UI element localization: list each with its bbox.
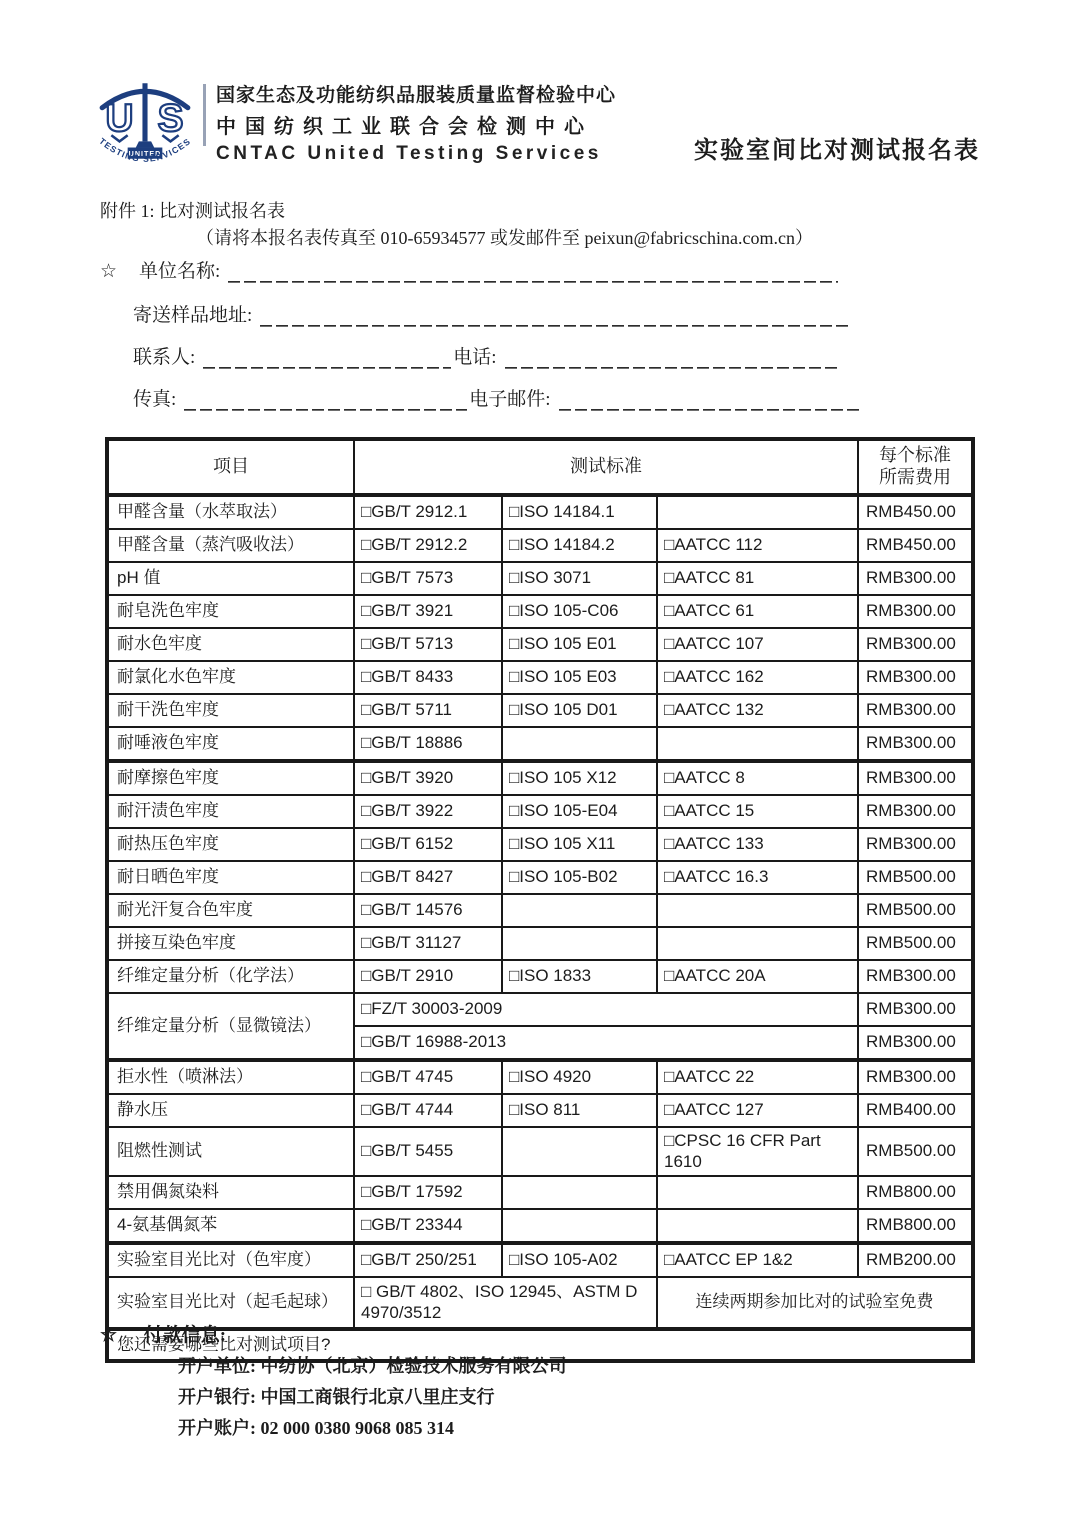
standard-checkbox-cell[interactable] <box>502 727 657 761</box>
phone-label: 电话: <box>453 342 496 369</box>
standard-checkbox-cell[interactable]: □GB/T 17592 <box>354 1176 502 1209</box>
standard-checkbox-cell[interactable] <box>657 894 858 927</box>
standard-checkbox-cell[interactable]: □ISO 105-A02 <box>502 1243 657 1277</box>
standard-checkbox-cell[interactable]: □GB/T 3921 <box>354 595 502 628</box>
table-row: 拒水性（喷淋法）□GB/T 4745□ISO 4920□AATCC 22RMB3… <box>107 1060 973 1094</box>
payment-title-label: 付款信息: <box>144 1325 226 1346</box>
unit-name-row: ☆ 单位名称: <box>100 256 838 283</box>
uts-logo-icon: U S UNITED TESTING SERVICES <box>94 70 196 172</box>
standard-checkbox-cell[interactable] <box>502 894 657 927</box>
item-label: 耐光汗复合色牢度 <box>107 894 354 927</box>
fee-value: RMB300.00 <box>858 960 973 993</box>
item-label: 拼接互染色牢度 <box>107 927 354 960</box>
table-row: 阻燃性测试□GB/T 5455□CPSC 16 CFR Part 1610RMB… <box>107 1127 973 1176</box>
standard-checkbox-cell[interactable]: □ISO 105 X11 <box>502 828 657 861</box>
standard-checkbox-cell[interactable]: □GB/T 3922 <box>354 795 502 828</box>
item-label: 耐热压色牢度 <box>107 828 354 861</box>
fee-value: RMB200.00 <box>858 1243 973 1277</box>
email-input[interactable] <box>559 389 859 411</box>
standard-checkbox-cell[interactable]: □ GB/T 4802、ISO 12945、ASTM D 4970/3512 <box>354 1277 657 1329</box>
standard-checkbox-cell[interactable]: □ISO 4920 <box>502 1060 657 1094</box>
standard-checkbox-cell[interactable] <box>502 927 657 960</box>
standard-checkbox-cell[interactable]: □ISO 105-B02 <box>502 861 657 894</box>
submission-instruction: （请将本报名表传真至 010-65934577 或发邮件至 peixun@fab… <box>196 224 813 250</box>
star-icon: ☆ <box>100 1325 117 1346</box>
fee-value: RMB300.00 <box>858 661 973 694</box>
fee-value: RMB300.00 <box>858 562 973 595</box>
fee-value: RMB300.00 <box>858 761 973 795</box>
standard-checkbox-cell[interactable]: □AATCC EP 1&2 <box>657 1243 858 1277</box>
standard-checkbox-cell[interactable]: □AATCC 20A <box>657 960 858 993</box>
standard-checkbox-cell[interactable]: □GB/T 8427 <box>354 861 502 894</box>
payment-account-holder: 开户单位: 中纺协（北京）检验技术服务有限公司 <box>178 1352 567 1378</box>
table-row: 耐氯化水色牢度□GB/T 8433□ISO 105 E03□AATCC 162R… <box>107 661 973 694</box>
standard-checkbox-cell[interactable]: □ISO 105-E04 <box>502 795 657 828</box>
fee-header-line2: 所需费用 <box>865 467 965 489</box>
payment-bank: 开户银行: 中国工商银行北京八里庄支行 <box>178 1383 495 1409</box>
standard-checkbox-cell[interactable]: □CPSC 16 CFR Part 1610 <box>657 1127 858 1176</box>
standard-checkbox-cell[interactable]: □AATCC 132 <box>657 694 858 727</box>
email-label: 电子邮件: <box>469 384 550 411</box>
standard-checkbox-cell[interactable]: □GB/T 14576 <box>354 894 502 927</box>
standard-checkbox-cell[interactable]: □ISO 3071 <box>502 562 657 595</box>
standard-checkbox-cell[interactable]: □AATCC 15 <box>657 795 858 828</box>
fee-value: RMB500.00 <box>858 1127 973 1176</box>
header-divider <box>203 84 206 146</box>
contact-person-label: 联系人: <box>133 342 195 369</box>
test-items-table: 项目 测试标准 每个标准 所需费用 甲醛含量（水萃取法）□GB/T 2912.1… <box>105 437 975 1363</box>
standard-checkbox-cell[interactable] <box>657 1176 858 1209</box>
fax-email-row: 传真: 电子邮件: <box>133 384 859 411</box>
standard-checkbox-cell[interactable]: □GB/T 4745 <box>354 1060 502 1094</box>
standard-checkbox-cell[interactable]: □AATCC 22 <box>657 1060 858 1094</box>
table-row: 纤维定量分析（化学法）□GB/T 2910□ISO 1833□AATCC 20A… <box>107 960 973 993</box>
org-name-line1: 国家生态及功能纺织品服装质量监督检验中心 <box>216 80 686 107</box>
item-label: 禁用偶氮染料 <box>107 1176 354 1209</box>
standard-checkbox-cell[interactable]: □AATCC 107 <box>657 628 858 661</box>
item-label: 耐汗渍色牢度 <box>107 795 354 828</box>
standard-checkbox-cell[interactable]: □GB/T 250/251 <box>354 1243 502 1277</box>
standard-checkbox-cell[interactable]: □ISO 14184.1 <box>502 495 657 529</box>
unit-name-input[interactable] <box>228 261 838 283</box>
standard-checkbox-cell[interactable]: □GB/T 23344 <box>354 1209 502 1243</box>
logo-letter-s: S <box>158 97 184 140</box>
table-row: 禁用偶氮染料□GB/T 17592RMB800.00 <box>107 1176 973 1209</box>
table-row: 甲醛含量（水萃取法）□GB/T 2912.1□ISO 14184.1RMB450… <box>107 495 973 529</box>
star-icon: ☆ <box>100 260 117 283</box>
item-label: 甲醛含量（蒸汽吸收法） <box>107 529 354 562</box>
fee-value: RMB300.00 <box>858 694 973 727</box>
fee-value: RMB300.00 <box>858 595 973 628</box>
standard-checkbox-cell[interactable] <box>657 495 858 529</box>
item-label: 甲醛含量（水萃取法） <box>107 495 354 529</box>
item-label: 耐摩擦色牢度 <box>107 761 354 795</box>
standard-checkbox-cell[interactable]: □GB/T 2912.2 <box>354 529 502 562</box>
fee-value: RMB300.00 <box>858 993 973 1026</box>
standard-checkbox-cell[interactable]: □AATCC 133 <box>657 828 858 861</box>
table-header-row: 项目 测试标准 每个标准 所需费用 <box>107 439 973 495</box>
standard-checkbox-cell[interactable] <box>502 1127 657 1176</box>
payment-section-title: ☆ 付款信息: <box>100 1320 226 1347</box>
item-label: 耐皂洗色牢度 <box>107 595 354 628</box>
standard-checkbox-cell[interactable] <box>657 927 858 960</box>
standard-checkbox-cell[interactable]: □AATCC 81 <box>657 562 858 595</box>
standard-checkbox-cell[interactable]: □GB/T 2910 <box>354 960 502 993</box>
standard-checkbox-cell[interactable] <box>657 1209 858 1243</box>
table-row: 耐光汗复合色牢度□GB/T 14576RMB500.00 <box>107 894 973 927</box>
sample-address-label: 寄送样品地址: <box>133 300 252 327</box>
item-label: 拒水性（喷淋法） <box>107 1060 354 1094</box>
standard-checkbox-cell[interactable]: □ISO 105 D01 <box>502 694 657 727</box>
table-row: 耐干洗色牢度□GB/T 5711□ISO 105 D01□AATCC 132RM… <box>107 694 973 727</box>
fee-value: RMB300.00 <box>858 828 973 861</box>
unit-name-label: 单位名称: <box>139 256 220 283</box>
table-row: 4-氨基偶氮苯□GB/T 23344RMB800.00 <box>107 1209 973 1243</box>
table-row: 耐摩擦色牢度□GB/T 3920□ISO 105 X12□AATCC 8RMB3… <box>107 761 973 795</box>
standard-checkbox-cell[interactable]: □GB/T 16988-2013 <box>354 1026 858 1060</box>
table-row-fiber-micro-1: 纤维定量分析（显微镜法） □FZ/T 30003-2009 RMB300.00 <box>107 993 973 1026</box>
standard-checkbox-cell[interactable]: □AATCC 127 <box>657 1094 858 1127</box>
item-label: 阻燃性测试 <box>107 1127 354 1176</box>
standard-checkbox-cell[interactable]: □ISO 811 <box>502 1094 657 1127</box>
item-label: 实验室目光比对（色牢度） <box>107 1243 354 1277</box>
item-label: 耐水色牢度 <box>107 628 354 661</box>
fee-value: RMB450.00 <box>858 495 973 529</box>
phone-input[interactable] <box>505 347 840 369</box>
registration-form-page: U S UNITED TESTING SERVICES 国家生态及功能纺织品服装… <box>0 0 1080 1519</box>
attachment-label: 附件 1: 比对测试报名表 <box>100 197 285 223</box>
standard-checkbox-cell[interactable]: □ISO 105-C06 <box>502 595 657 628</box>
org-name-line2: 中国纺织工业联合会检测中心 <box>216 110 686 139</box>
item-label: 纤维定量分析（化学法） <box>107 960 354 993</box>
standard-checkbox-cell[interactable]: □GB/T 5455 <box>354 1127 502 1176</box>
fee-value: RMB500.00 <box>858 861 973 894</box>
fee-value: RMB800.00 <box>858 1176 973 1209</box>
fax-input[interactable] <box>184 389 467 411</box>
column-header-item: 项目 <box>107 439 354 495</box>
item-label: 静水压 <box>107 1094 354 1127</box>
fee-value: RMB800.00 <box>858 1209 973 1243</box>
item-label: pH 值 <box>107 562 354 595</box>
standard-checkbox-cell[interactable]: □ISO 105 E03 <box>502 661 657 694</box>
fee-value: RMB450.00 <box>858 529 973 562</box>
standard-checkbox-cell[interactable] <box>502 1176 657 1209</box>
standard-checkbox-cell[interactable]: □GB/T 7573 <box>354 562 502 595</box>
table-row: 耐唾液色牢度□GB/T 18886RMB300.00 <box>107 727 973 761</box>
table-row: 耐热压色牢度□GB/T 6152□ISO 105 X11□AATCC 133RM… <box>107 828 973 861</box>
fee-value: RMB300.00 <box>858 727 973 761</box>
standard-checkbox-cell[interactable]: □AATCC 112 <box>657 529 858 562</box>
standard-checkbox-cell[interactable]: □GB/T 4744 <box>354 1094 502 1127</box>
fee-header-line1: 每个标准 <box>865 445 965 467</box>
organization-block: 国家生态及功能纺织品服装质量监督检验中心 中国纺织工业联合会检测中心 CNTAC… <box>216 80 686 165</box>
contact-phone-row: 联系人: 电话: <box>133 342 840 369</box>
table-row: 耐日晒色牢度□GB/T 8427□ISO 105-B02□AATCC 16.3R… <box>107 861 973 894</box>
table-row: 甲醛含量（蒸汽吸收法）□GB/T 2912.2□ISO 14184.2□AATC… <box>107 529 973 562</box>
table-row-pilling: 实验室目光比对（起毛起球） □ GB/T 4802、ISO 12945、ASTM… <box>107 1277 973 1329</box>
standard-checkbox-cell[interactable]: □ISO 105 X12 <box>502 761 657 795</box>
table-row: 拼接互染色牢度□GB/T 31127RMB500.00 <box>107 927 973 960</box>
standard-checkbox-cell[interactable]: □GB/T 18886 <box>354 727 502 761</box>
standard-checkbox-cell[interactable] <box>502 1209 657 1243</box>
standard-checkbox-cell[interactable]: □AATCC 16.3 <box>657 861 858 894</box>
fee-value: RMB500.00 <box>858 927 973 960</box>
standard-checkbox-cell[interactable]: □GB/T 5713 <box>354 628 502 661</box>
standard-checkbox-cell[interactable]: □AATCC 8 <box>657 761 858 795</box>
column-header-standards: 测试标准 <box>354 439 858 495</box>
table-row: 耐汗渍色牢度□GB/T 3922□ISO 105-E04□AATCC 15RMB… <box>107 795 973 828</box>
standard-checkbox-cell[interactable]: □ISO 14184.2 <box>502 529 657 562</box>
standard-checkbox-cell[interactable]: □GB/T 6152 <box>354 828 502 861</box>
logo-letter-u: U <box>106 97 134 140</box>
standard-checkbox-cell[interactable]: □GB/T 2912.1 <box>354 495 502 529</box>
free-note: 连续两期参加比对的试验室免费 <box>657 1277 973 1329</box>
fee-value: RMB300.00 <box>858 795 973 828</box>
table-row: pH 值□GB/T 7573□ISO 3071□AATCC 81RMB300.0… <box>107 562 973 595</box>
item-label: 耐氯化水色牢度 <box>107 661 354 694</box>
standard-checkbox-cell[interactable]: □GB/T 8433 <box>354 661 502 694</box>
standard-checkbox-cell[interactable]: □GB/T 3920 <box>354 761 502 795</box>
standard-checkbox-cell[interactable]: □GB/T 5711 <box>354 694 502 727</box>
page-title: 实验室间比对测试报名表 <box>694 130 980 165</box>
column-header-fee: 每个标准 所需费用 <box>858 439 973 495</box>
payment-account-number: 开户账户: 02 000 0380 9068 085 314 <box>178 1414 454 1440</box>
table-row: 耐皂洗色牢度□GB/T 3921□ISO 105-C06□AATCC 61RMB… <box>107 595 973 628</box>
item-label: 耐干洗色牢度 <box>107 694 354 727</box>
contact-person-input[interactable] <box>203 347 451 369</box>
standard-checkbox-cell[interactable]: □FZ/T 30003-2009 <box>354 993 858 1026</box>
fee-value: RMB500.00 <box>858 894 973 927</box>
fax-label: 传真: <box>133 384 176 411</box>
item-label: 耐唾液色牢度 <box>107 727 354 761</box>
item-label: 纤维定量分析（显微镜法） <box>107 993 354 1060</box>
sample-address-row: 寄送样品地址: <box>133 300 848 327</box>
sample-address-input[interactable] <box>260 305 848 327</box>
fee-value: RMB300.00 <box>858 1060 973 1094</box>
standard-checkbox-cell[interactable]: □ISO 1833 <box>502 960 657 993</box>
standard-checkbox-cell[interactable]: □GB/T 31127 <box>354 927 502 960</box>
item-label: 耐日晒色牢度 <box>107 861 354 894</box>
table-row: 耐水色牢度□GB/T 5713□ISO 105 E01□AATCC 107RMB… <box>107 628 973 661</box>
fee-value: RMB300.00 <box>858 628 973 661</box>
table-row: 实验室目光比对（色牢度）□GB/T 250/251□ISO 105-A02□AA… <box>107 1243 973 1277</box>
item-label: 4-氨基偶氮苯 <box>107 1209 354 1243</box>
standard-checkbox-cell[interactable]: □ISO 105 E01 <box>502 628 657 661</box>
standard-checkbox-cell[interactable]: □AATCC 162 <box>657 661 858 694</box>
fee-value: RMB400.00 <box>858 1094 973 1127</box>
org-name-line3: CNTAC United Testing Services <box>216 143 686 165</box>
standard-checkbox-cell[interactable] <box>657 727 858 761</box>
fee-value: RMB300.00 <box>858 1026 973 1060</box>
table-row: 静水压□GB/T 4744□ISO 811□AATCC 127RMB400.00 <box>107 1094 973 1127</box>
standard-checkbox-cell[interactable]: □AATCC 61 <box>657 595 858 628</box>
